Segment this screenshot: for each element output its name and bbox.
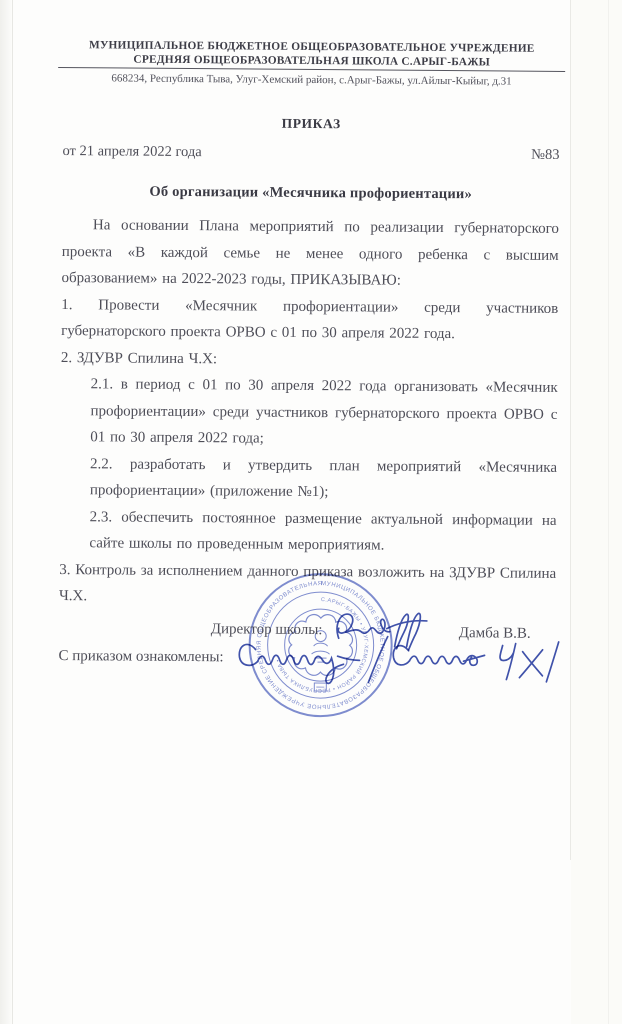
- acknowledged-label: С приказом ознакомлены:: [58, 648, 223, 666]
- document-content: МУНИЦИПАЛЬНОЕ БЮДЖЕТНОЕ ОБЩЕОБРАЗОВАТЕЛЬ…: [0, 0, 622, 784]
- acknowledged-signature-2-icon: [360, 632, 560, 692]
- order-date: от 21 апреля 2022 года: [62, 143, 201, 161]
- order-number: №83: [531, 147, 559, 164]
- scanned-document-page: МУНИЦИПАЛЬНОЕ БЮДЖЕТНОЕ ОБЩЕОБРАЗОВАТЕЛЬ…: [0, 0, 622, 1024]
- intro-paragraph: На основании Плана мероприятий по реализ…: [61, 212, 559, 295]
- organization-header: МУНИЦИПАЛЬНОЕ БЮДЖЕТНОЕ ОБЩЕОБРАЗОВАТЕЛЬ…: [63, 38, 560, 70]
- order-body: На основании Плана мероприятий по реализ…: [59, 212, 559, 613]
- signature-block: МУНИЦИПАЛЬНОЕ БЮДЖЕТНОЕ ОБЩЕОБРАЗОВАТЕЛЬ…: [58, 610, 556, 784]
- order-item-2-3: 2.3. обеспечить постоянное размещение ак…: [89, 504, 556, 561]
- document-type-title: ПРИКАЗ: [63, 114, 560, 134]
- order-item-2: 2. ЗДУВР Спилина Ч.Х:: [61, 345, 558, 375]
- order-item-1: 1. Провести «Месячник профориентации» ср…: [61, 292, 558, 349]
- date-number-row: от 21 апреля 2022 года №83: [62, 143, 559, 164]
- order-item-2-2: 2.2. разработать и утвердить план меропр…: [90, 451, 557, 508]
- order-subject: Об организации «Месячника профориентации…: [62, 183, 559, 204]
- organization-address: 668234, Республика Тыва, Улуг-Хемский ра…: [63, 72, 560, 88]
- order-item-2-1: 2.1. в период с 01 по 30 апреля 2022 год…: [90, 371, 558, 454]
- acknowledged-signature-1-icon: [233, 633, 365, 688]
